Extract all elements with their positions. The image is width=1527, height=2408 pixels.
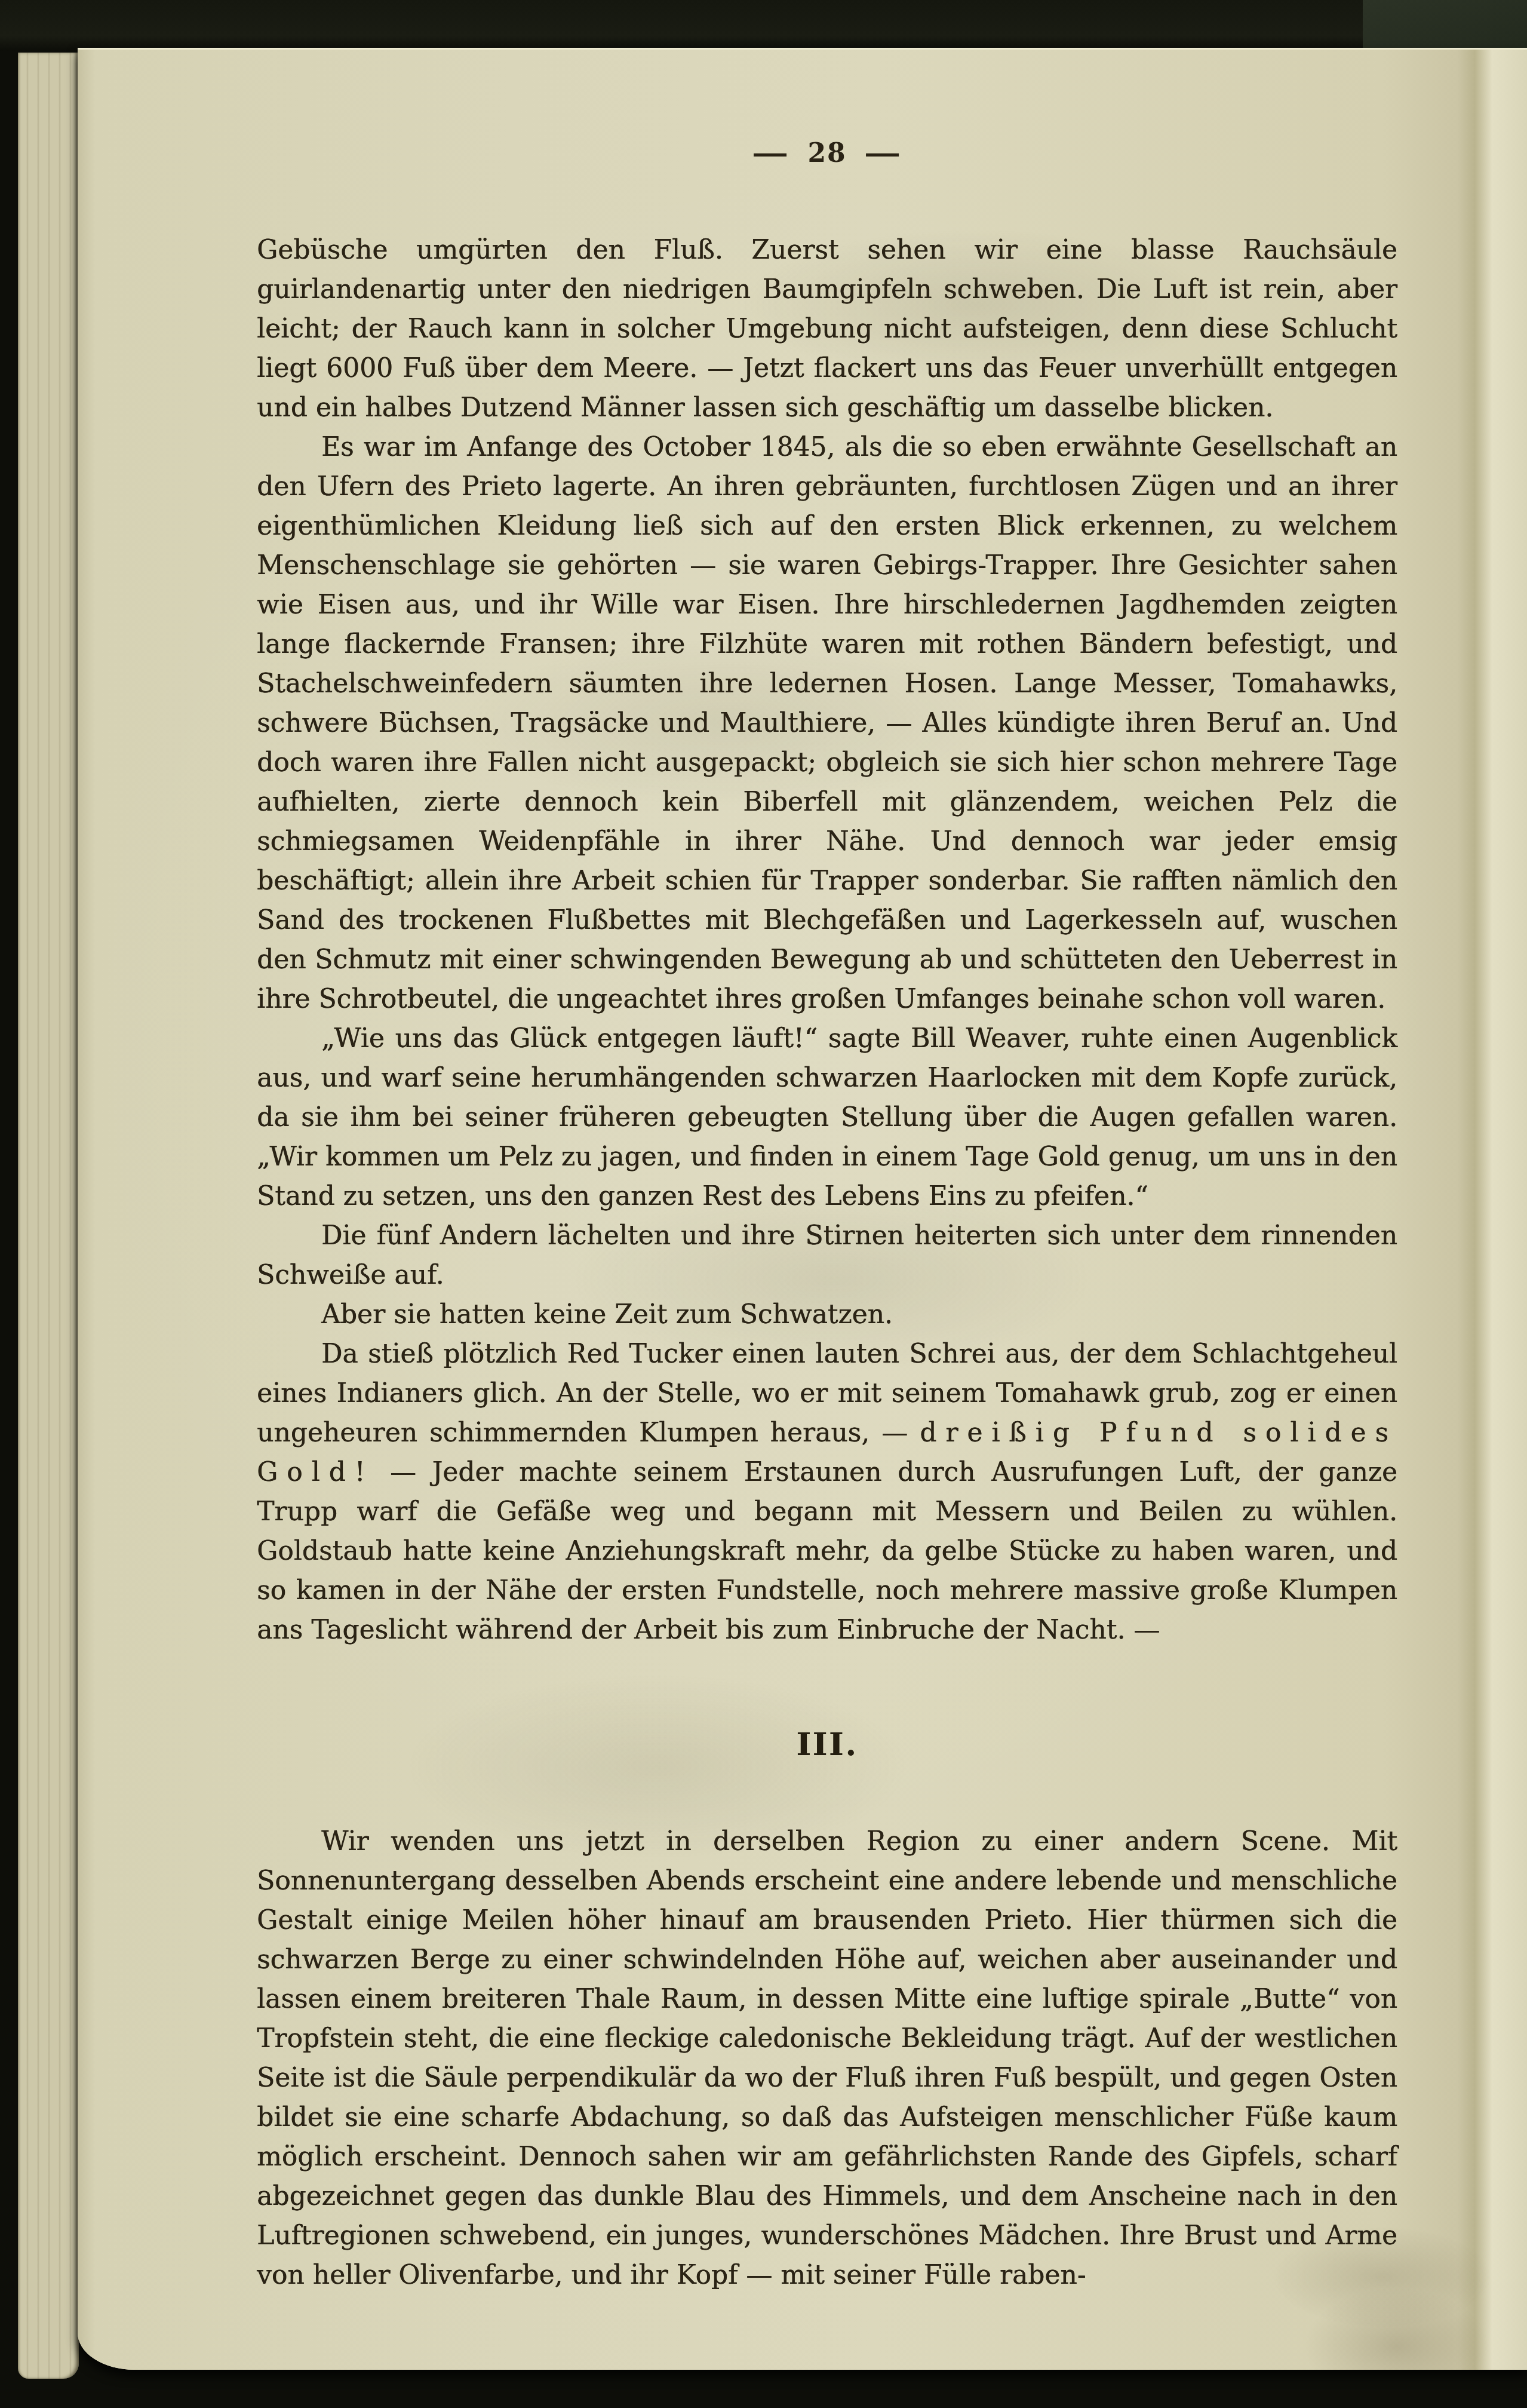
page-number: 28	[807, 138, 846, 168]
paragraph-6-text-after: — Jeder machte seinem Erstaunen durch Au…	[257, 1457, 1397, 1645]
paragraph-6: Da stieß plötzlich Red Tucker einen laut…	[257, 1335, 1397, 1650]
body-text: Gebüsche umgürten den Fluß. Zuerst sehen…	[257, 231, 1397, 2295]
book-cover-top	[0, 0, 1527, 51]
book-photograph: — 28 — Gebüsche umgürten den Fluß. Zuers…	[0, 0, 1527, 2408]
section-heading: III.	[257, 1725, 1397, 1765]
paragraph-3: „Wie uns das Glück entgegen läuft!“ sagt…	[257, 1019, 1397, 1216]
paragraph-2: Es war im Anfange des October 1845, als …	[257, 428, 1397, 1019]
running-head: — 28 —	[257, 138, 1397, 168]
book-page: — 28 — Gebüsche umgürten den Fluß. Zuers…	[78, 48, 1527, 2370]
paragraph-7: Wir wenden uns jetzt in derselben Region…	[257, 1822, 1397, 2295]
paragraph-5: Aber sie hatten keine Zeit zum Schwatzen…	[257, 1295, 1397, 1335]
print-area: — 28 — Gebüsche umgürten den Fluß. Zuers…	[257, 138, 1397, 2295]
paragraph-4: Die fünf Andern lächelten und ihre Stirn…	[257, 1216, 1397, 1295]
header-rule-right: —	[864, 138, 902, 168]
paragraph-1: Gebüsche umgürten den Fluß. Zuerst sehen…	[257, 231, 1397, 428]
header-rule-left: —	[752, 138, 790, 168]
page-edge-stack	[18, 53, 79, 2379]
